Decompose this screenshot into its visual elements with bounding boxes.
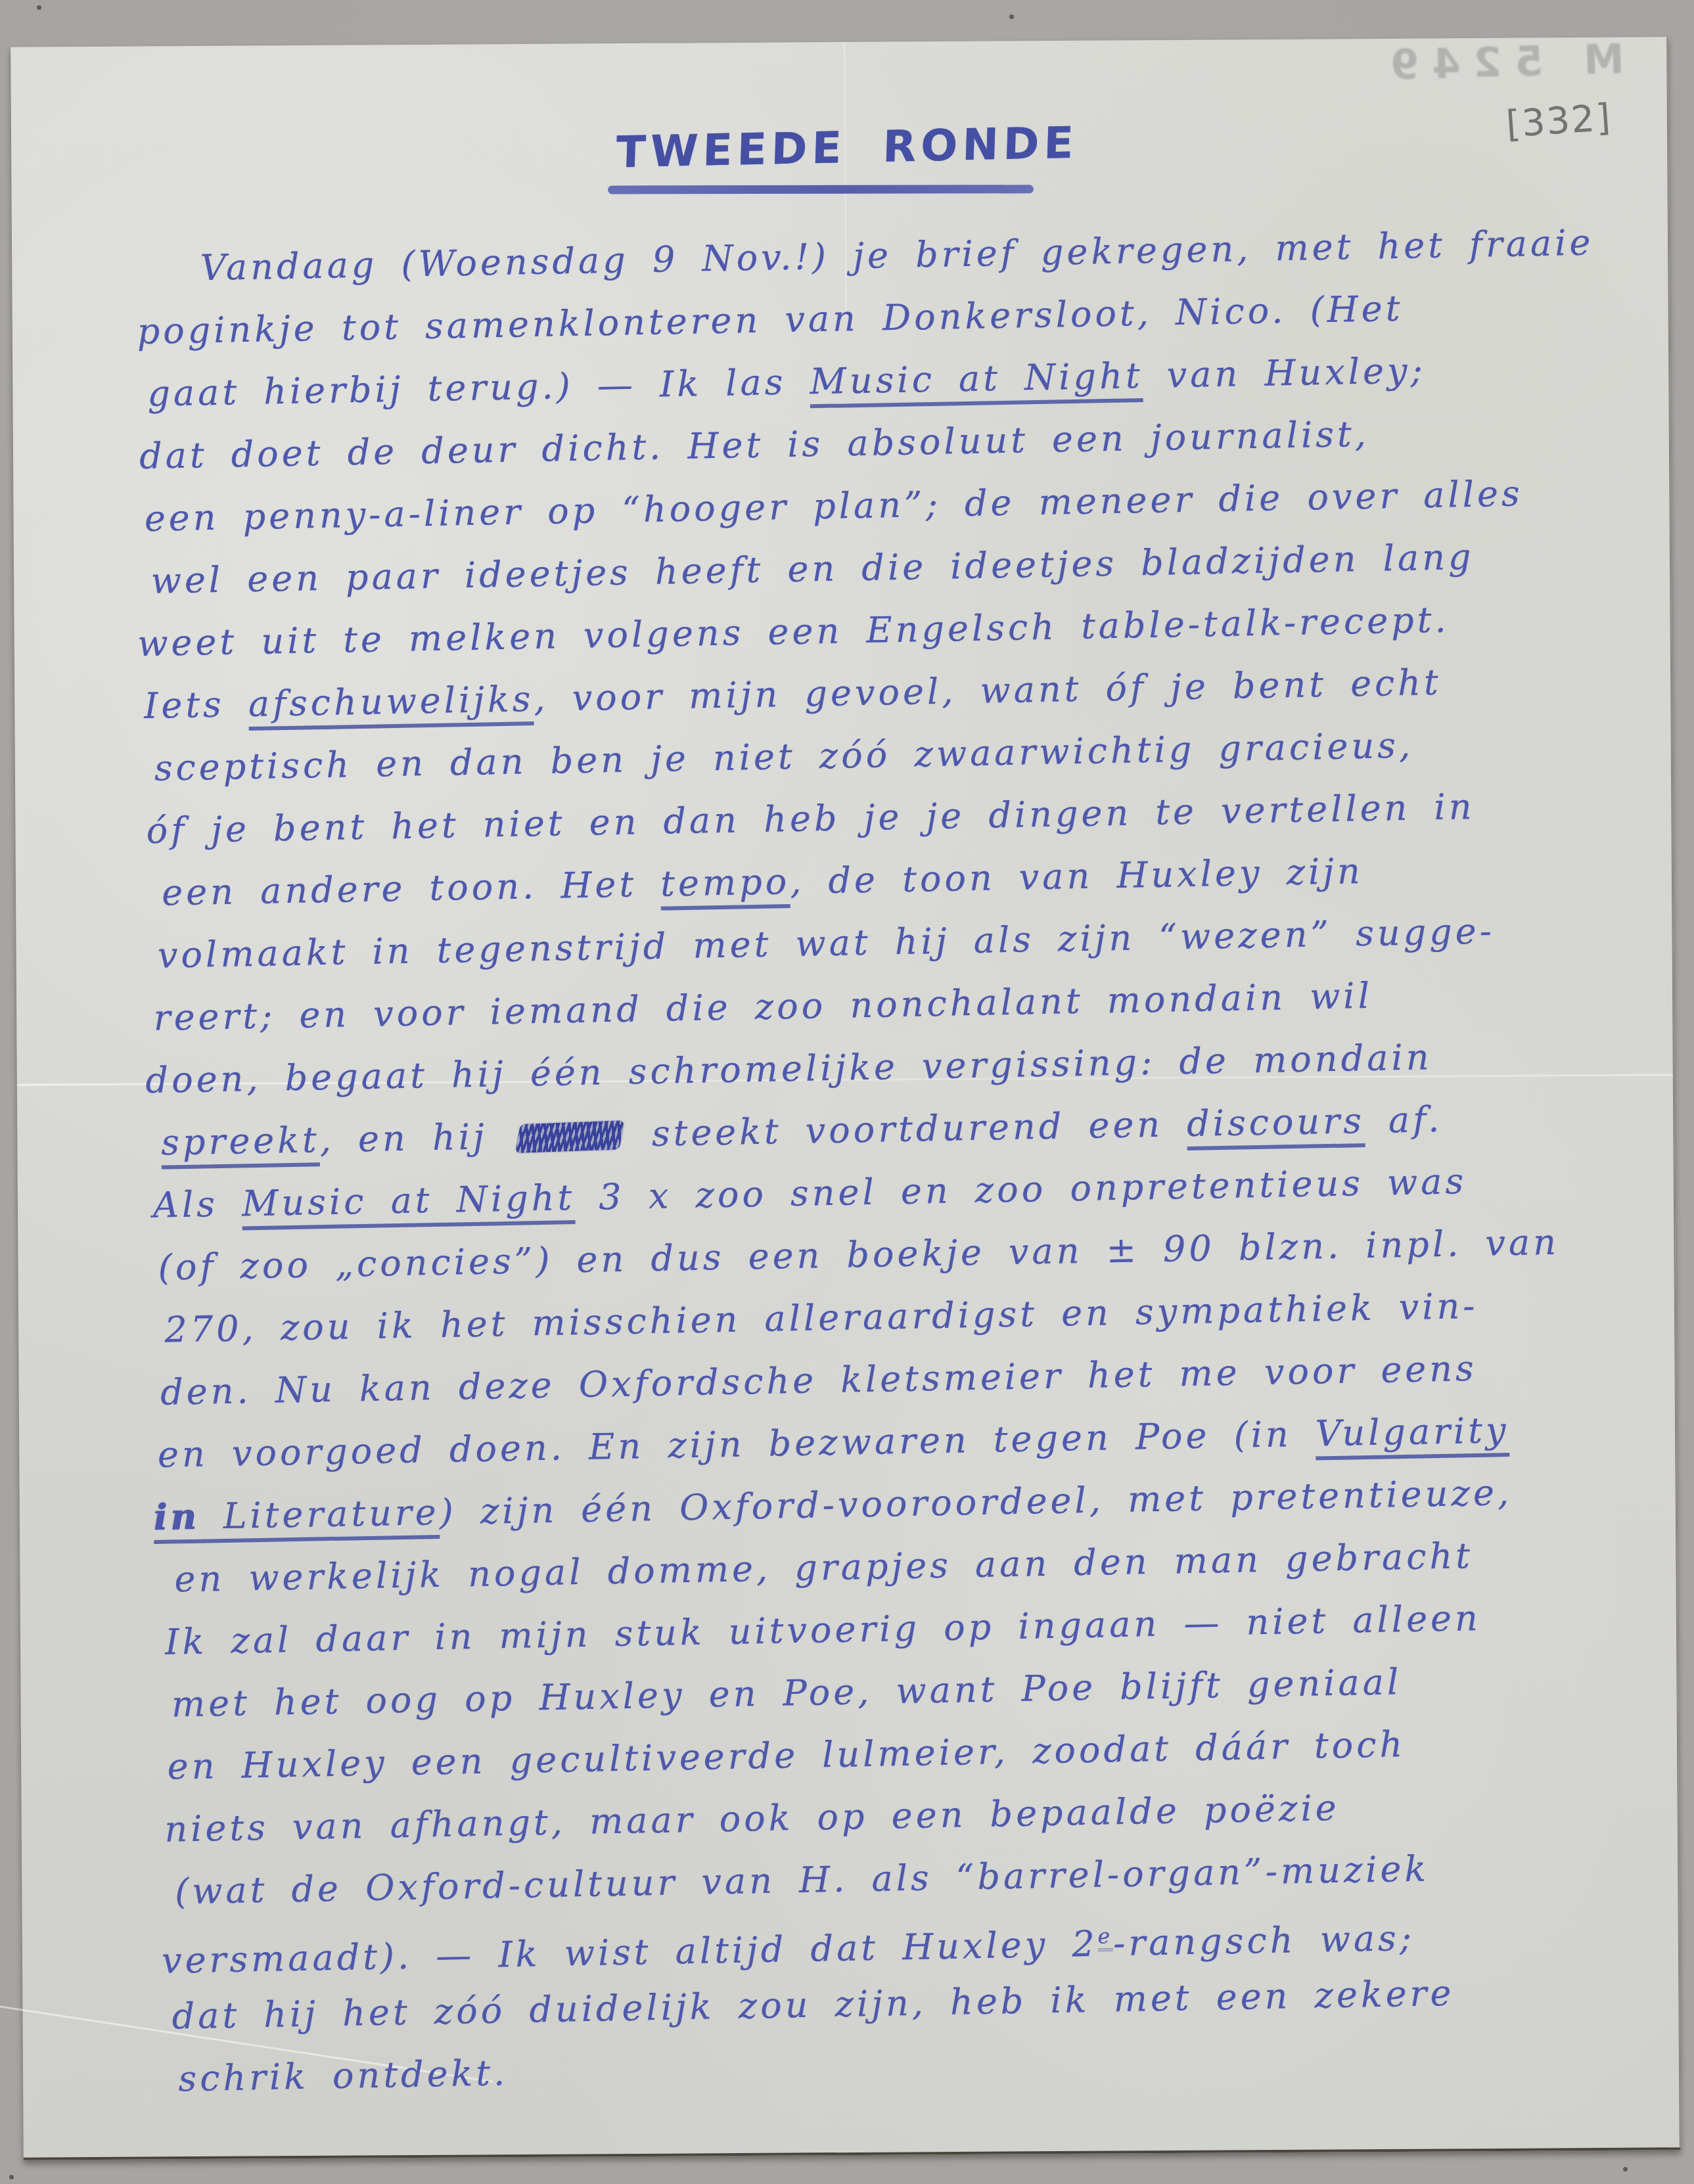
letter-lines: Vandaag (Woensdag 9 Nov.!) je brief gekr… [139,210,1685,2110]
letter-body: Vandaag (Woensdag 9 Nov.!) je brief gekr… [139,210,1685,2110]
scanned-letter-page: { "document": { "kind": "handwritten-let… [0,0,1694,2184]
handwritten-text: dat doet de deur dicht. Het is absoluut … [139,413,1370,477]
handwritten-text: dat hij het zóó duidelijk zou zijn, heb … [172,1972,1455,2037]
dust-speck [1623,2167,1628,2172]
dust-speck [1009,14,1014,19]
underlined-word: afschuwelijks [248,678,534,731]
handwritten-text: een andere toon. Het [162,863,661,914]
handwritten-text: en Huxley een gecultiveerde lulmeier, zo… [167,1723,1406,1788]
underlined-word: Music at Night [810,355,1143,408]
handwritten-text: e [1097,1924,1113,1951]
handwritten-text: Als [152,1183,242,1225]
underlined-word: Vulgarity [1315,1409,1509,1460]
handwritten-text: -rangsch was; [1113,1917,1415,1964]
scribbled-out-word [515,1120,624,1153]
handwritten-text: schrik ontdekt. [178,2052,509,2099]
underlined-word: spreekt [161,1119,321,1169]
handwritten-text: niets van afhangt, maar ook op een bepaa… [164,1787,1340,1850]
handwritten-text: ) zijn één Oxford-vooroordeel, met prete… [439,1472,1513,1533]
handwritten-text: steekt voortdurend een [628,1103,1187,1155]
underlined-word: tempo [660,861,790,911]
handwritten-text: 3 x zoo snel en zoo onpretentieus was [575,1160,1467,1218]
title-underline-stroke [608,185,1034,194]
handwritten-text: met het oog op Huxley en Poe, want Poe b… [171,1661,1402,1725]
handwritten-text: Iets [143,683,248,727]
handwritten-text: en voorgoed doen. En zijn bezwaren tegen… [157,1413,1316,1476]
letter-title: TWEEDE RONDE [616,118,1079,178]
handwritten-text: , en hij [319,1116,511,1160]
handwritten-text: af. [1364,1099,1443,1141]
handwritten-text: , de toon van Huxley zijn [790,850,1364,902]
archive-stamp-ghost: M 5249 [1377,35,1625,89]
handwritten-text: van Huxley; [1143,350,1426,396]
handwritten-text: , voor mijn gevoel, want óf je bent echt [534,662,1442,719]
underlined-word: in [153,1495,200,1544]
dust-speck [37,5,41,10]
handwritten-text: gaat hierbij terug.) — Ik las [147,361,810,414]
page-number-annotation: [332] [1505,96,1613,146]
underlined-word: Literature [199,1491,440,1543]
dust-speck [9,2175,14,2179]
underlined-word: Music at Night [242,1177,576,1230]
handwritten-text: reert; en voor iemand die zoo nonchalant… [153,975,1373,1039]
underlined-word: discours [1187,1100,1365,1150]
letter-heading: TWEEDE RONDE [616,118,1079,198]
